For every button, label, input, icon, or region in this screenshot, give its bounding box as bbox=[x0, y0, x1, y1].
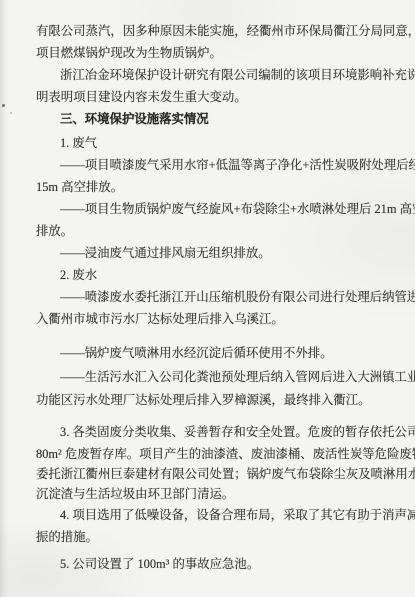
paragraph-line: 功能区污水处理厂达标处理后排入罗樟源溪，最终排入衢江。 bbox=[36, 393, 371, 407]
paragraph-line: 沉淀渣与生活垃圾由环卫部门清运。 bbox=[36, 487, 234, 501]
scan-speck bbox=[10, 112, 12, 114]
list-item-3-solid-waste: 3. 各类固废分类收集、妥善暂存和安全处置。危废的暂存依托公司 bbox=[60, 425, 415, 439]
paragraph-line: 有限公司蒸汽，因多种原因未能实施，经衢州市环保局衢江分局同意， bbox=[36, 24, 415, 38]
paragraph-line: ——浸油废气通过排风扇无组织排放。 bbox=[60, 246, 271, 260]
paragraph-line: 80m² 危废暂存库。项目产生的油漆渣、废油漆桶、废活性炭等危险废物 bbox=[36, 447, 415, 461]
paragraph-line: 15m 高空排放。 bbox=[36, 180, 123, 194]
section-3-heading: 三、环境保护设施落实情况 bbox=[60, 112, 209, 126]
paragraph-line: ——项目喷漆废气采用水帘+低温等离子净化+活性炭吸附处理后经 bbox=[60, 158, 415, 172]
paragraph-line: 委托浙江衢州巨泰建材有限公司处置；锅炉废气布袋除尘灰及喷淋用水 bbox=[36, 467, 415, 481]
paragraph-line: ——锅炉废气喷淋用水经沉淀后循环使用不外排。 bbox=[60, 346, 333, 360]
paragraph-line: 明表明项目建设内容未发生重大变动。 bbox=[36, 90, 247, 104]
list-item-2-waste-water: 2. 废水 bbox=[60, 268, 97, 282]
paragraph-line: 振的措施。 bbox=[36, 530, 98, 544]
paragraph-line: 排放。 bbox=[36, 224, 73, 238]
list-item-1-waste-gas: 1. 废气 bbox=[60, 136, 97, 150]
scanned-document-page: { "page": { "paper_color": "#f4f4f2", "i… bbox=[0, 0, 415, 597]
paragraph-line: 项目燃煤锅炉现改为生物质锅炉。 bbox=[36, 46, 222, 60]
paragraph-line: ——项目生物质锅炉废气经旋风+布袋除尘+水喷淋处理后 21m 高空 bbox=[60, 202, 415, 216]
paragraph-line: ——生活污水汇入公司化粪池预处理后纳入管网后进入大洲镇工业 bbox=[60, 370, 415, 384]
scan-speck bbox=[2, 104, 5, 107]
paragraph-line: 浙江冶金环境保护设计研究有限公司编制的该项目环境影响补充说 bbox=[60, 68, 415, 82]
scan-smudge bbox=[357, 520, 365, 524]
paragraph-line: ——喷漆废水委托浙江开山压缩机股份有限公司进行处理后纳管进 bbox=[60, 290, 415, 304]
list-item-5-emergency-pool: 5. 公司设置了 100m³ 的事故应急池。 bbox=[60, 557, 259, 571]
paragraph-line: 入衢州市城市污水厂达标处理后排入乌溪江。 bbox=[36, 312, 284, 326]
